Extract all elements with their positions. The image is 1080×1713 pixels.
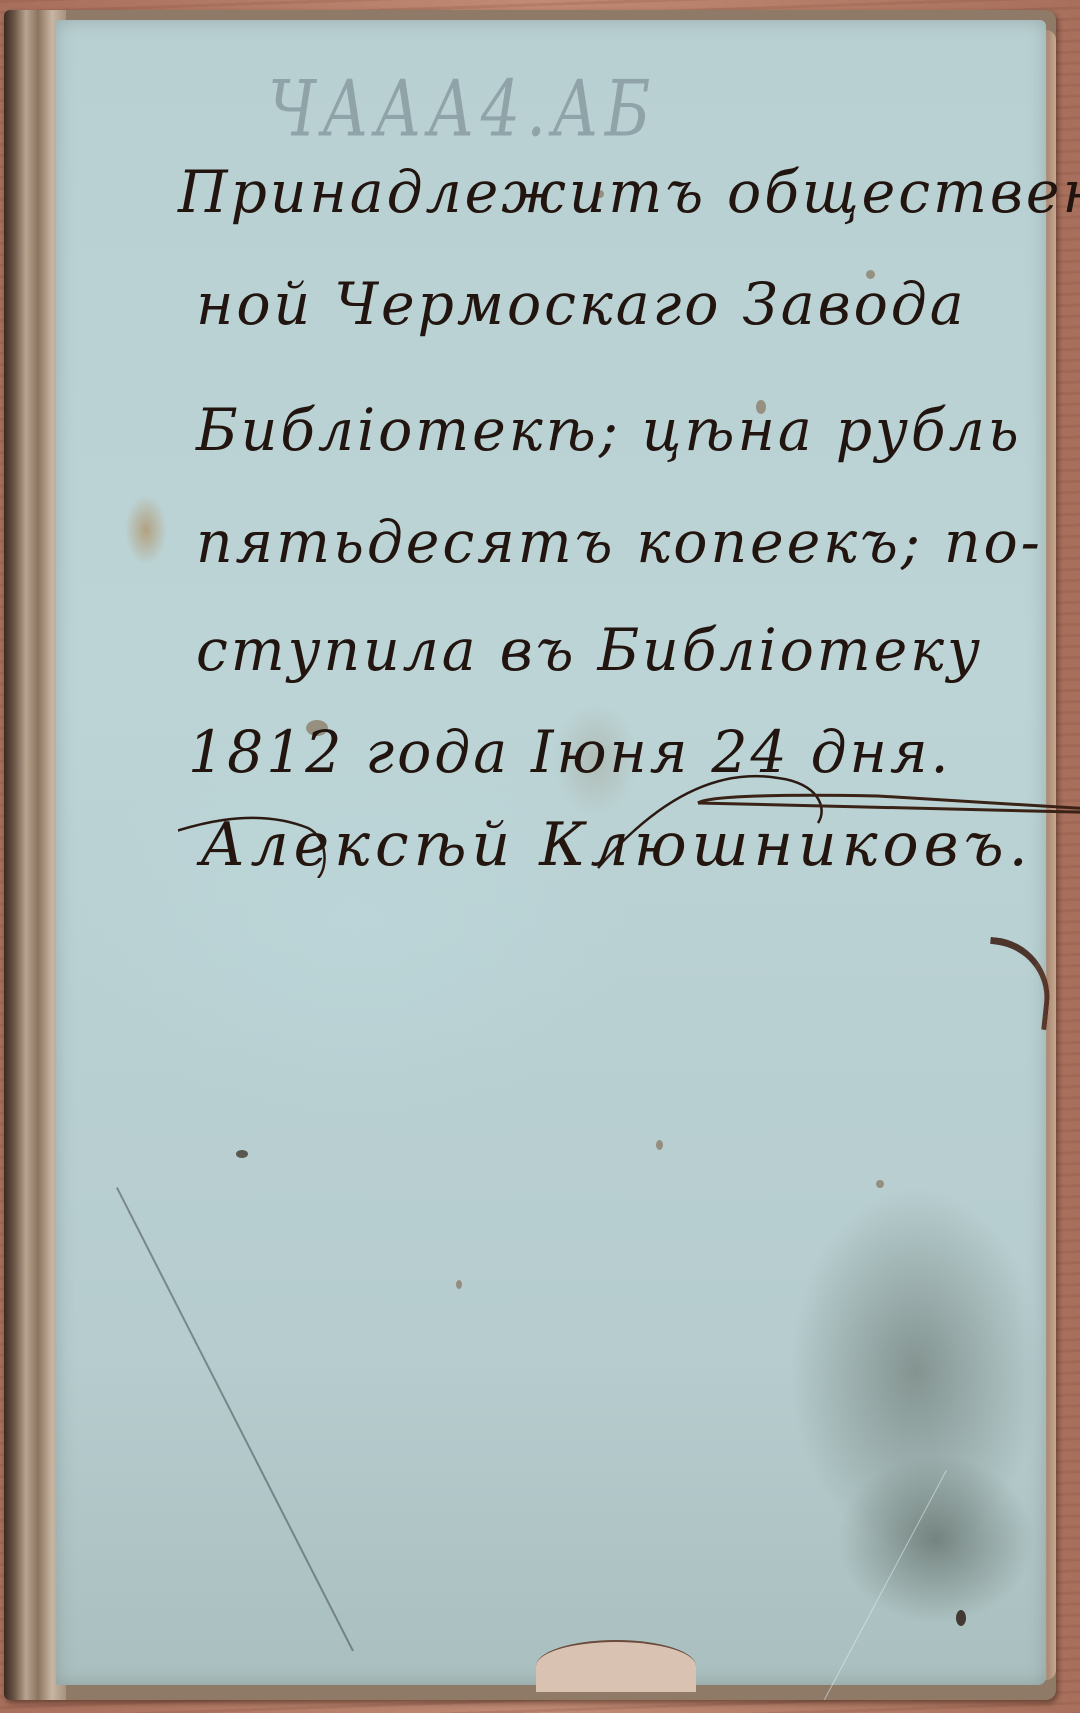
pencil-shelfmark: ЧААА4.АБ (268, 63, 656, 154)
ink-blot (982, 937, 1056, 1030)
stain (876, 1180, 884, 1188)
inscription-line: ступила въ Библiотеку (196, 616, 983, 684)
torn-paper (536, 1640, 696, 1692)
inscription-line: Библiотекѣ; цѣна рубль (196, 396, 1022, 464)
stain (656, 1140, 663, 1150)
stain (456, 1280, 462, 1289)
inscription-line: пятьдесятъ копеекъ; по- (196, 508, 1043, 576)
inscription-line: Принадлежитъ обществен- (178, 158, 1080, 226)
stain (956, 1610, 966, 1626)
inscription-line: ной Чермоскаго Завода (196, 270, 967, 338)
stain (236, 1150, 248, 1158)
cover-paper: ЧААА4.АБ Принадлежитъ обществен- ной Чер… (56, 20, 1046, 1685)
book: ЧААА4.АБ Принадлежитъ обществен- ной Чер… (4, 10, 1056, 1700)
crease-line (824, 1470, 947, 1700)
signature: Алексѣй Клюшниковъ. (200, 810, 1033, 880)
crease-line (116, 1187, 354, 1651)
